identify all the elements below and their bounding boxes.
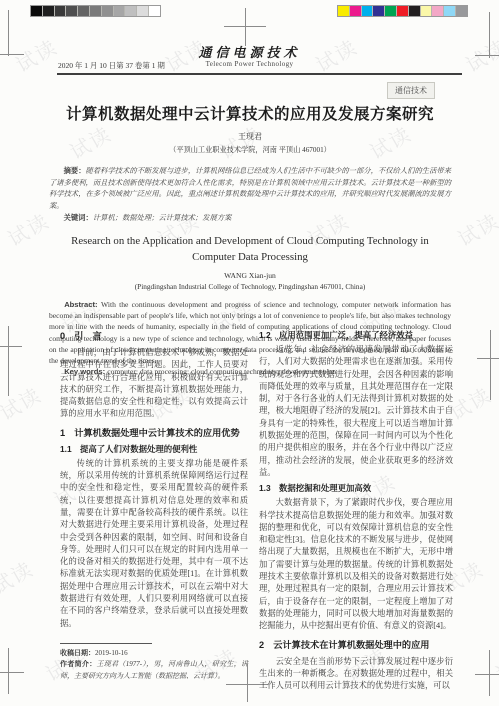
calibration-swatch (55, 6, 67, 16)
abstract-cn: 摘要：随着科学技术的不断发展与进步，计算机网络信息已经成为人们生活中不可缺少的一… (49, 165, 451, 211)
crop-mark-bottom-left (0, 672, 24, 673)
calibration-swatch (114, 6, 126, 16)
article-title-en: Research on the Application and Developm… (49, 233, 451, 266)
left-column: 0 引 言 目前，由于计算机信息技术不够成熟，数据处理过程中存在很多安全问题。因… (60, 330, 248, 692)
calibration-swatch (397, 6, 409, 16)
calibration-swatch (350, 6, 362, 16)
sub-heading: 1.2 应用范围更加广泛，提高了经济效益 (259, 330, 453, 341)
calibration-swatch (31, 6, 43, 16)
watermark-text: 试读 (2, 205, 55, 252)
footnote-block: 收稿日期：2019-10-16 作者简介：王现君（1977-），男，河南鲁山人，… (60, 643, 248, 682)
section-heading: 0 引 言 (60, 330, 248, 342)
received-date-value: 2019-10-16 (95, 649, 128, 657)
watermark-text: 试读 (0, 379, 46, 426)
body-columns: 0 引 言 目前，由于计算机信息技术不够成熟，数据处理过程中存在很多安全问题。因… (60, 330, 453, 692)
crop-mark-bottom-right (489, 650, 490, 696)
body-paragraph: 近些年，社会经济的迅速发展带动了大数据运行，人们对大数据的处理需求也在逐渐加强。… (259, 344, 453, 479)
calibration-swatch (125, 6, 137, 16)
author-en: WANG Xian-jun (49, 271, 451, 280)
scanned-paper-page: 试读试读试读试读试读试读试读试读试读试读试读试读试读试读试读试读试读试读试读试读… (0, 0, 499, 706)
keywords-label-cn: 关键词： (64, 213, 93, 222)
calibration-swatch (432, 6, 444, 16)
journal-name-en: Telecom Power Technology (0, 61, 499, 69)
body-paragraph: 大数据背景下，为了紧跟时代步伐，要合理应用科学技术提高信息数据处理的能力和效率。… (259, 497, 453, 632)
section-heading: 2 云计算技术在计算机数据处理中的应用 (259, 639, 453, 651)
watermark-text: 试读 (490, 640, 499, 687)
article-title-cn: 计算机数据处理中云计算技术的应用及发展方案研究 (49, 102, 451, 124)
registration-mark-middle-right (477, 358, 499, 359)
color-calibration-bar (337, 5, 468, 17)
column-tag-badge: 通信技术 (387, 82, 435, 99)
footnote-rule (60, 643, 152, 644)
calibration-swatch (78, 6, 90, 16)
affiliation-en: (Pingdingshan Industrial College of Tech… (49, 282, 451, 291)
calibration-swatch (338, 6, 350, 16)
abstract-label-cn: 摘要： (64, 166, 86, 175)
journal-masthead: 通信电源技术 Telecom Power Technology (0, 46, 499, 69)
calibration-swatch (362, 6, 374, 16)
body-paragraph: 目前，由于计算机信息技术不够成熟，数据处理过程中存在很多安全问题。因此，工作人员… (60, 347, 248, 421)
calibration-swatch (444, 6, 456, 16)
calibration-swatch (421, 6, 433, 16)
sub-heading: 1.3 数据挖掘和处理更加高效 (259, 483, 453, 494)
calibration-swatch (385, 6, 397, 16)
calibration-swatch (137, 6, 149, 16)
registration-mark-middle-left (8, 326, 9, 396)
body-paragraph: 云安全是在当前形势下云计算发展过程中逐步衍生出来的一种新概念。在对数据处理的过程… (259, 656, 453, 693)
journal-name-cn: 通信电源技术 (0, 46, 499, 60)
abstract-text-cn: 随着科学技术的不断发展与进步，计算机网络信息已经成为人们生活中不可缺少的一部分，… (49, 166, 451, 210)
sub-heading: 1.1 提高了人们对数据处理的便利性 (60, 444, 248, 455)
right-column: 1.2 应用范围更加广泛，提高了经济效益 近些年，社会经济的迅速发展带动了大数据… (259, 330, 453, 692)
keywords-text-cn: 计算机；数据处理；云计算技术；发展方案 (93, 213, 232, 222)
abstract-label-en: Abstract: (64, 300, 101, 309)
calibration-swatch (373, 6, 385, 16)
calibration-swatch (66, 6, 78, 16)
calibration-swatch (409, 6, 421, 16)
section-heading: 1 计算机数据处理中云计算技术的应用优势 (60, 427, 248, 439)
author-cn: 王现君 (49, 131, 451, 142)
body-paragraph: 传统的计算机系统的主要支撑功能是硬件系统，所以采用传统的计算机系统保障网络运行过… (60, 458, 248, 630)
calibration-swatch (149, 6, 160, 16)
calibration-swatch (102, 6, 114, 16)
author-bio-line: 作者简介：王现君（1977-），男，河南鲁山人，研究生，讲师，主要研究方向为人工… (60, 659, 248, 681)
crop-mark-bottom-right (475, 674, 499, 675)
registration-mark-top-center (224, 26, 266, 27)
watermark-text: 试读 (0, 553, 38, 600)
author-bio-label: 作者简介： (60, 661, 97, 668)
received-date-label: 收稿日期： (60, 650, 95, 657)
registration-mark-middle-right (490, 330, 491, 400)
affiliation-cn: （平顶山工业职业技术学院，河南 平顶山 467001） (49, 145, 451, 155)
calibration-swatch (43, 6, 55, 16)
calibration-swatch (456, 6, 467, 16)
registration-mark-middle-left (0, 346, 22, 347)
grayscale-calibration-bar (30, 5, 161, 17)
calibration-swatch (90, 6, 102, 16)
crop-mark-bottom-left (8, 648, 9, 694)
keywords-cn: 关键词：计算机；数据处理；云计算技术；发展方案 (49, 212, 451, 224)
registration-mark-top-center (245, 8, 246, 46)
watermark-text: 试读 (452, 205, 499, 252)
header-rule (57, 73, 462, 75)
received-date-line: 收稿日期：2019-10-16 (60, 648, 248, 660)
